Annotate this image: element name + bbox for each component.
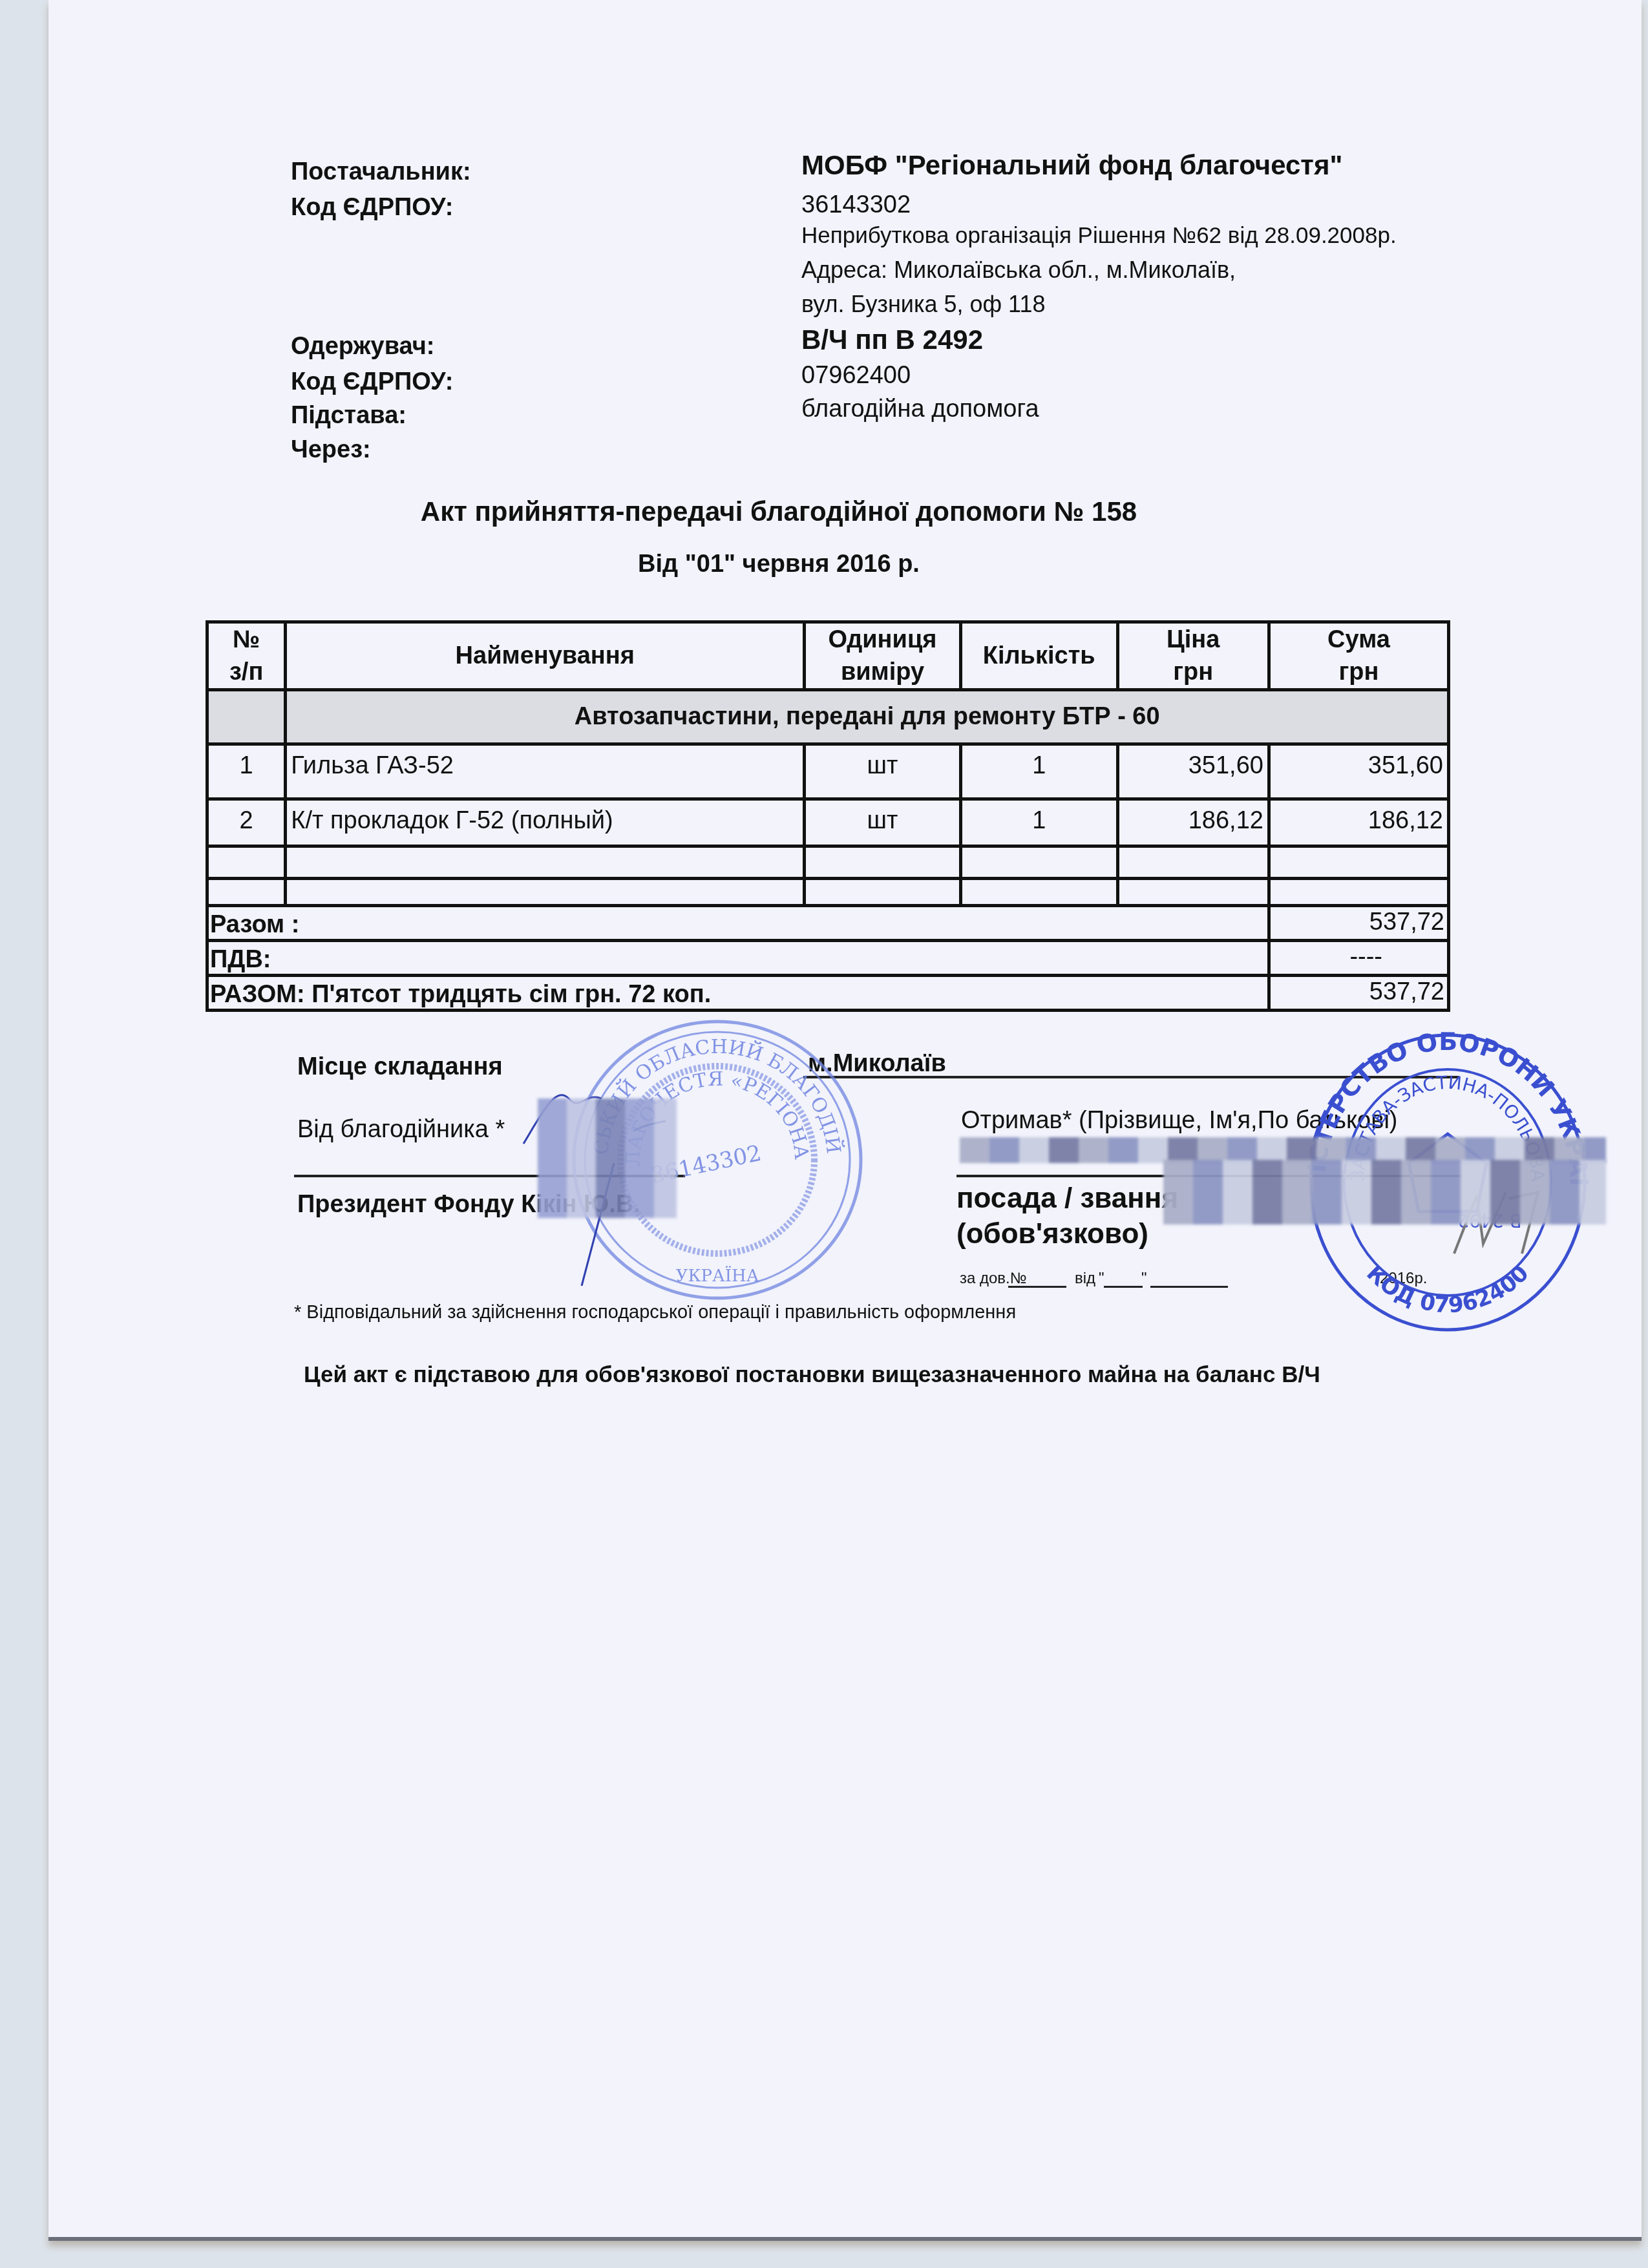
header-sum: Сумагрн <box>1269 622 1448 690</box>
donor-label: Від благодійника * <box>297 1116 505 1144</box>
footnote: * Відповідальний за здійснення господарс… <box>294 1302 1016 1323</box>
vat-label: ПДВ: <box>207 941 1269 976</box>
basis-value: благодійна допомога <box>801 395 1039 423</box>
supplier-code-label: Код ЄДРПОУ: <box>291 194 453 222</box>
group-title: Автозапчастини, передані для ремонту БТР… <box>286 690 1449 744</box>
total-value: 537,72 <box>1269 976 1448 1011</box>
supplier-code: 36143302 <box>801 191 911 219</box>
proxy-from: від <box>1075 1270 1095 1288</box>
recipient-label: Одержувач: <box>291 333 434 361</box>
table-header-row: №з/п Найменування Одиницявиміру Кількіст… <box>207 622 1449 690</box>
total-label: РАЗОМ: П'ятсот тридцять сім грн. 72 коп. <box>207 976 1269 1011</box>
row-name: К/т прокладок Г-52 (полный) <box>286 799 805 846</box>
recipient-code: 07962400 <box>801 362 911 390</box>
supplier-label: Постачальник: <box>291 158 471 186</box>
via-label: Через: <box>291 436 371 464</box>
document-date: Від "01" червня 2016 р. <box>0 551 1558 578</box>
group-row: Автозапчастини, передані для ремонту БТР… <box>207 690 1449 744</box>
header-name: Найменування <box>286 622 805 690</box>
supplier-address-line2: вул. Бузника 5, оф 118 <box>801 291 1046 318</box>
mandatory-note: (обов'язково) <box>956 1218 1148 1250</box>
supplier-note: Неприбуткова організація Рішення №62 від… <box>801 223 1397 249</box>
empty-row <box>207 846 1449 879</box>
proxy-month-line <box>1150 1286 1228 1288</box>
proxy-prefix: за дов.№ <box>960 1270 1027 1288</box>
document-title: Акт прийняття-передачі благодійної допом… <box>0 496 1558 527</box>
redacted-recipient-position <box>1163 1160 1606 1224</box>
row-qty: 1 <box>960 744 1117 799</box>
row-price: 186,12 <box>1117 799 1269 846</box>
row-num: 1 <box>207 744 286 799</box>
table-row: 1 Гильза ГАЗ-52 шт 1 351,60 351,60 <box>207 744 1449 799</box>
row-unit: шт <box>805 799 961 846</box>
redacted-donor-signature <box>538 1098 677 1218</box>
row-num: 2 <box>207 799 286 846</box>
subtotal-row: Разом : 537,72 <box>207 906 1449 941</box>
supplier-name: МОБФ "Регіональний фонд благочестя" <box>801 150 1342 181</box>
row-price: 351,60 <box>1117 744 1269 799</box>
header-qty: Кількість <box>960 622 1117 690</box>
row-qty: 1 <box>960 799 1117 846</box>
row-sum: 186,12 <box>1269 799 1448 846</box>
header-unit: Одиницявиміру <box>805 622 961 690</box>
items-table: №з/п Найменування Одиницявиміру Кількіст… <box>206 620 1450 1012</box>
header-num: №з/п <box>207 622 286 690</box>
row-sum: 351,60 <box>1269 744 1448 799</box>
row-unit: шт <box>805 744 961 799</box>
supplier-address-line1: Адреса: Миколаївська обл., м.Миколаїв, <box>801 257 1236 284</box>
place-label: Місце складання <box>297 1053 503 1081</box>
empty-row <box>207 879 1449 906</box>
table-row: 2 К/т прокладок Г-52 (полный) шт 1 186,1… <box>207 799 1449 846</box>
basis-label: Підстава: <box>291 402 407 430</box>
recipient-code-label: Код ЄДРПОУ: <box>291 368 453 396</box>
redacted-recipient-name <box>960 1137 1606 1163</box>
subtotal-label: Разом : <box>207 906 1269 941</box>
proxy-number-line <box>1008 1286 1066 1288</box>
vat-row: ПДВ: ---- <box>207 941 1449 976</box>
svg-text:КОД 07962400: КОД 07962400 <box>1361 1261 1534 1319</box>
proxy-day-line <box>1104 1286 1143 1288</box>
balance-statement: Цей акт є підставою для обов'язкової пос… <box>304 1362 1320 1388</box>
row-name: Гильза ГАЗ-52 <box>286 744 805 799</box>
subtotal-value: 537,72 <box>1269 906 1448 941</box>
header-price: Цінагрн <box>1117 622 1269 690</box>
recipient-name: В/Ч пп В 2492 <box>801 324 983 355</box>
position-label: посада / звання <box>956 1182 1178 1215</box>
vat-value: ---- <box>1269 941 1448 976</box>
total-row: РАЗОМ: П'ятсот тридцять сім грн. 72 коп.… <box>207 976 1449 1011</box>
